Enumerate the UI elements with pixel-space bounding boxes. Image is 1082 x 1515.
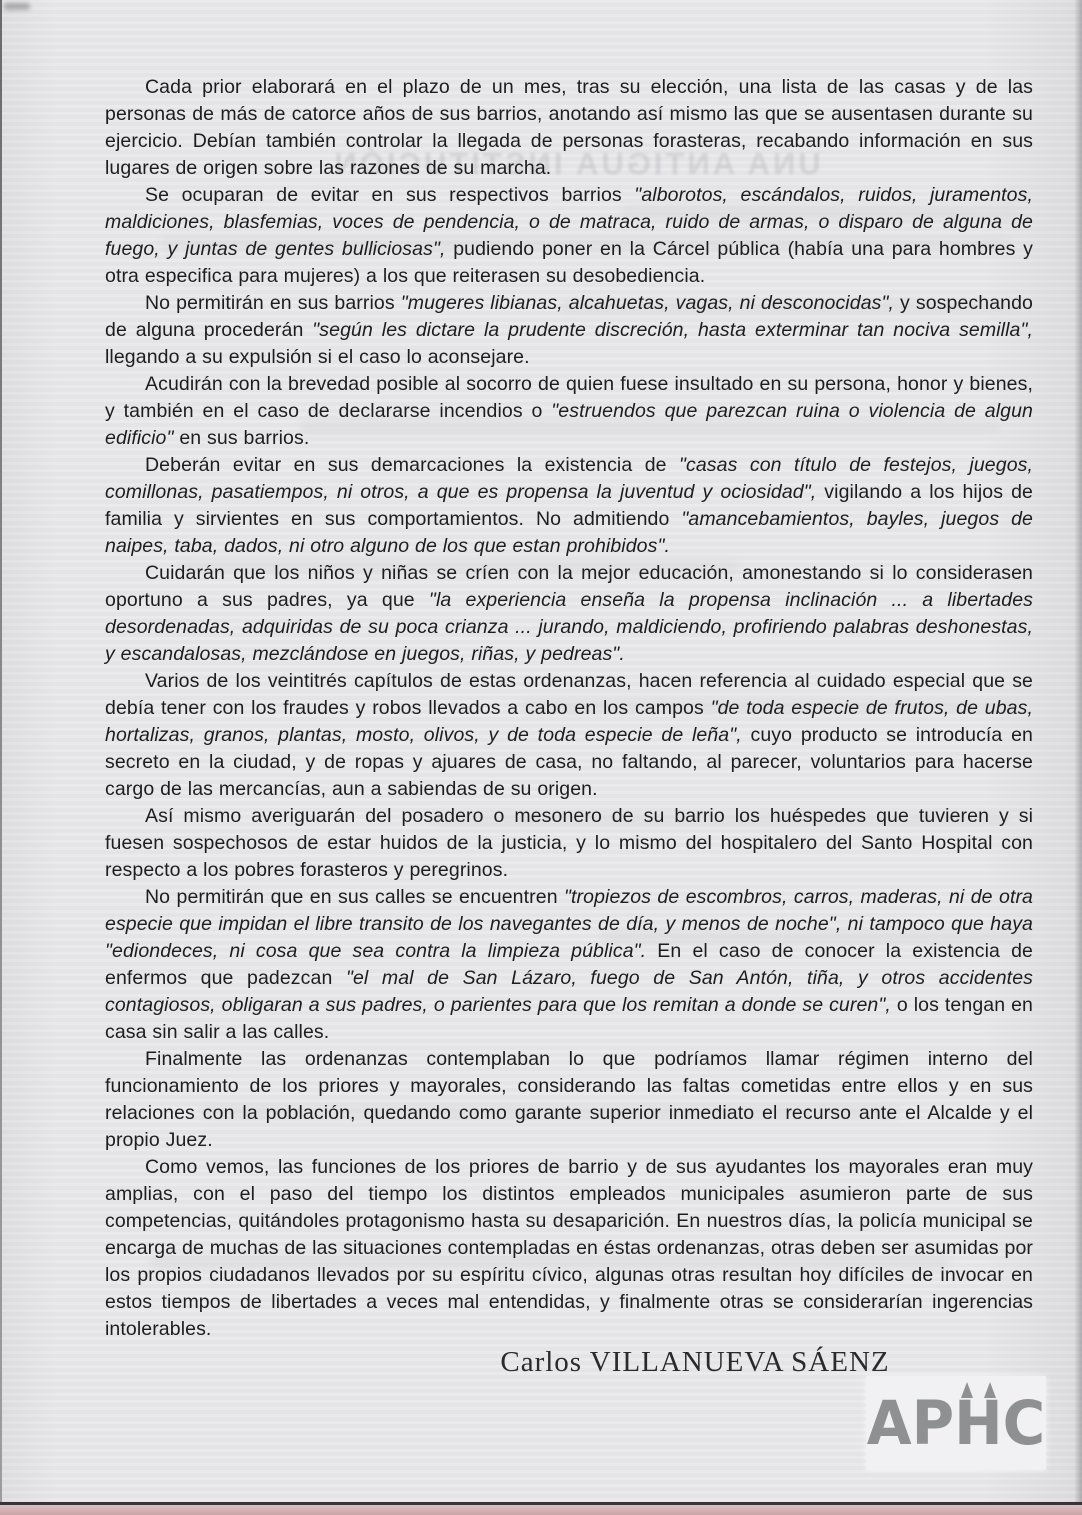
author-signature: Carlos VILLANUEVA SÁENZ [231,1346,1082,1379]
scan-artifact [4,3,30,10]
paragraph: Varios de los veintitrés capítulos de es… [105,668,1033,803]
aphc-watermark: APHC [866,1376,1046,1470]
watermark-spike-icon [984,1382,996,1398]
body-text: Así mismo averiguarán del posadero o mes… [105,805,1033,881]
paragraph: Se ocuparan de evitar en sus respectivos… [105,182,1033,290]
scan-edge-bottom-strip [0,1505,1082,1515]
scanned-page: UNA ANTIGUA INSTITUCIÓN Cada prior elabo… [0,0,1082,1515]
paragraph: Acudirán con la brevedad posible al soco… [105,371,1033,452]
paragraph: No permitirán en sus barrios "mugeres li… [105,290,1033,371]
body-text: No permitirán que en sus calles se encue… [145,886,564,908]
paragraph: Finalmente las ordenanzas contemplaban l… [105,1046,1033,1154]
paragraph: Cuidarán que los niños y niñas se críen … [105,560,1033,668]
body-text: Cada prior elaborará en el plazo de un m… [105,76,1033,179]
paragraph: No permitirán que en sus calles se encue… [105,884,1033,1046]
paragraph: Deberán evitar en sus demarcaciones la e… [105,452,1033,560]
quoted-ordinance-text: "mugeres libianas, alcahuetas, vagas, ni… [401,292,900,314]
quoted-ordinance-text: "según les dictare la prudente discreció… [312,319,1033,341]
watermark-spike-icon [961,1382,973,1398]
body-text: Como vemos, las funciones de los priores… [105,1156,1033,1340]
scan-edge-left [0,0,2,1515]
document-body: Cada prior elaborará en el plazo de un m… [105,74,1033,1343]
body-text: No permitirán en sus barrios [145,292,401,314]
body-text: llegando a su expulsión si el caso lo ac… [105,346,530,368]
body-text: Finalmente las ordenanzas contemplaban l… [105,1048,1033,1151]
paragraph: Así mismo averiguarán del posadero o mes… [105,803,1033,884]
body-text: Se ocuparan de evitar en sus respectivos… [145,184,634,206]
paragraph: Como vemos, las funciones de los priores… [105,1154,1033,1343]
aphc-watermark-text: APHC [867,1393,1046,1453]
body-text: en sus barrios. [179,427,309,449]
scan-edge-right [1074,0,1082,1515]
body-text: Deberán evitar en sus demarcaciones la e… [145,454,679,476]
paragraph: Cada prior elaborará en el plazo de un m… [105,74,1033,182]
